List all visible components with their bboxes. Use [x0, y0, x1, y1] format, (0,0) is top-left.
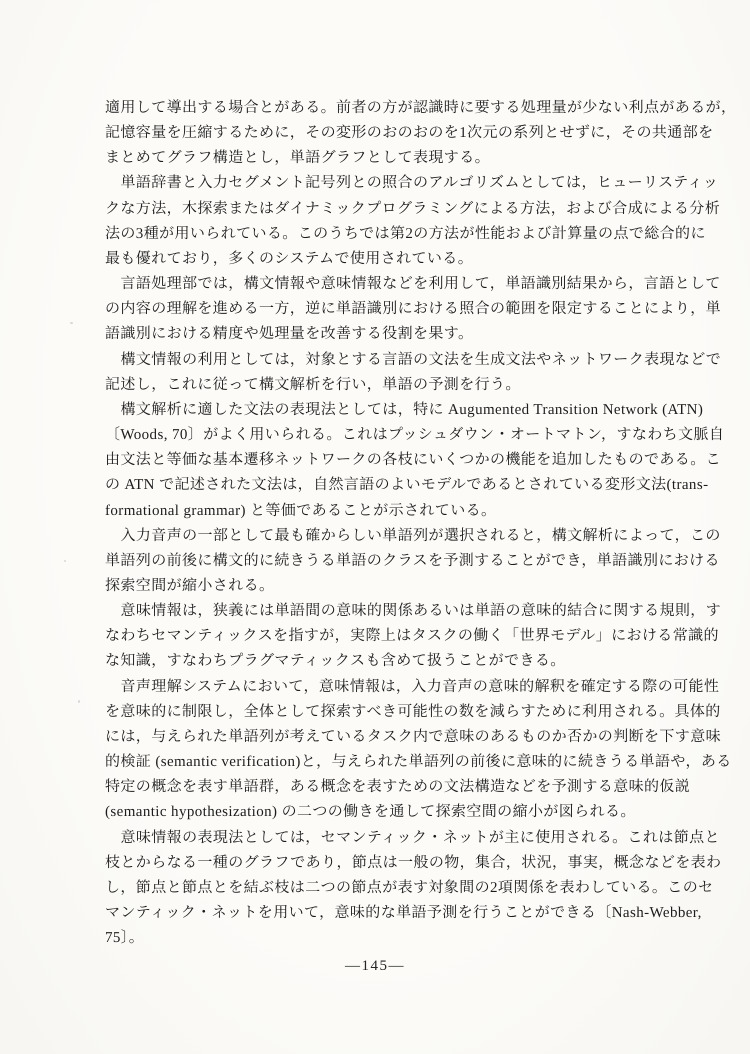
scanned-page: 適用して導出する場合とがある。前者の方が認識時に要する処理量が少ない利点があるが… [0, 0, 750, 1054]
text-line: 最も優れており，多くのシステムで使用されている。 [105, 247, 713, 272]
text-line: 構文情報の利用としては，対象とする言語の文法を生成文法やネットワーク表現などで [105, 348, 713, 373]
text-line: 由文法と等価な基本遷移ネットワークの各枝にいくつかの機能を追加したものである。こ [105, 448, 713, 473]
text-line: を意味的に制限し，全体として探索すべき可能性の数を減らすために利用される。具体的 [105, 700, 713, 725]
text-line: の ATN で記述された文法は，自然言語のよいモデルであるとされている変形文法(… [105, 473, 713, 498]
scan-speck [70, 322, 73, 324]
text-line: 探索空間が縮小される。 [105, 574, 713, 599]
text-line: マンティック・ネットを用いて，意味的な単語予測を行うことができる〔Nash-We… [105, 901, 713, 926]
text-line: 的検証 (semantic verification)と，与えられた単語列の前後… [105, 750, 713, 775]
page-footer: —145— [0, 957, 750, 975]
text-line: (semantic hypothesization) の二つの働きを通して探索空… [105, 800, 713, 825]
text-line: 音声理解システムにおいて，意味情報は，入力音声の意味的解釈を確定する際の可能性 [105, 675, 713, 700]
text-line: 〔Woods, 70〕がよく用いられる。これはプッシュダウン・オートマトン，すな… [105, 423, 713, 448]
text-line: 意味情報の表現法としては，セマンティック・ネットが主に使用される。これは節点と [105, 826, 713, 851]
text-line: 言語処理部では，構文情報や意味情報などを利用して，単語識別結果から，言語として [105, 272, 713, 297]
text-line: クな方法，木探索またはダイナミックプログラミングによる方法，および合成による分析 [105, 197, 713, 222]
page-number: —145— [345, 958, 405, 974]
text-line: 75〕。 [105, 926, 713, 951]
text-line: 単語列の前後に構文的に続きうる単語のクラスを予測することができ，単語識別における [105, 549, 713, 574]
text-line: には，与えられた単語列が考えているタスク内で意味のあるものか否かの判断を下す意味 [105, 725, 713, 750]
text-line: の内容の理解を進める一方，逆に単語識別における照合の範囲を限定することにより，単 [105, 297, 713, 322]
text-line: な知識，すなわちプラグマティックスも含めて扱うことができる。 [105, 649, 713, 674]
text-line: 入力音声の一部として最も確からしい単語列が選択されると，構文解析によって，この [105, 524, 713, 549]
scan-speck [64, 560, 66, 562]
text-line: 記述し，これに従って構文解析を行い，単語の予測を行う。 [105, 373, 713, 398]
text-line: 構文解析に適した文法の表現法としては，特に Augumented Transit… [105, 398, 713, 423]
scan-speck [78, 700, 80, 703]
text-line: 単語辞書と入力セグメント記号列との照合のアルゴリズムとしては，ヒューリスティッ [105, 171, 713, 196]
body-text: 適用して導出する場合とがある。前者の方が認識時に要する処理量が少ない利点があるが… [105, 96, 713, 951]
text-line: formational grammar) と等価であることが示されている。 [105, 499, 713, 524]
text-line: 意味情報は，狭義には単語間の意味的関係あるいは単語の意味的結合に関する規則，す [105, 599, 713, 624]
text-line: 枝とからなる一種のグラフであり，節点は一般の物，集合，状況，事実，概念などを表わ [105, 851, 713, 876]
text-line: 特定の概念を表す単語群，ある概念を表すための文法構造などを予測する意味的仮説 [105, 775, 713, 800]
text-line: なわちセマンティックスを指すが，実際上はタスクの働く「世界モデル」における常識的 [105, 624, 713, 649]
text-line: 適用して導出する場合とがある。前者の方が認識時に要する処理量が少ない利点があるが… [105, 96, 713, 121]
text-line: 記憶容量を圧縮するために，その変形のおのおのを1次元の系列とせずに，その共通部を [105, 121, 713, 146]
text-line: まとめてグラフ構造とし，単語グラフとして表現する。 [105, 146, 713, 171]
text-line: 語識別における精度や処理量を改善する役割を果す。 [105, 322, 713, 347]
text-line: し，節点と節点とを結ぶ枝は二つの節点が表す対象間の2項関係を表わしている。このセ [105, 876, 713, 901]
text-line: 法の3種が用いられている。このうちでは第2の方法が性能および計算量の点で総合的に [105, 222, 713, 247]
